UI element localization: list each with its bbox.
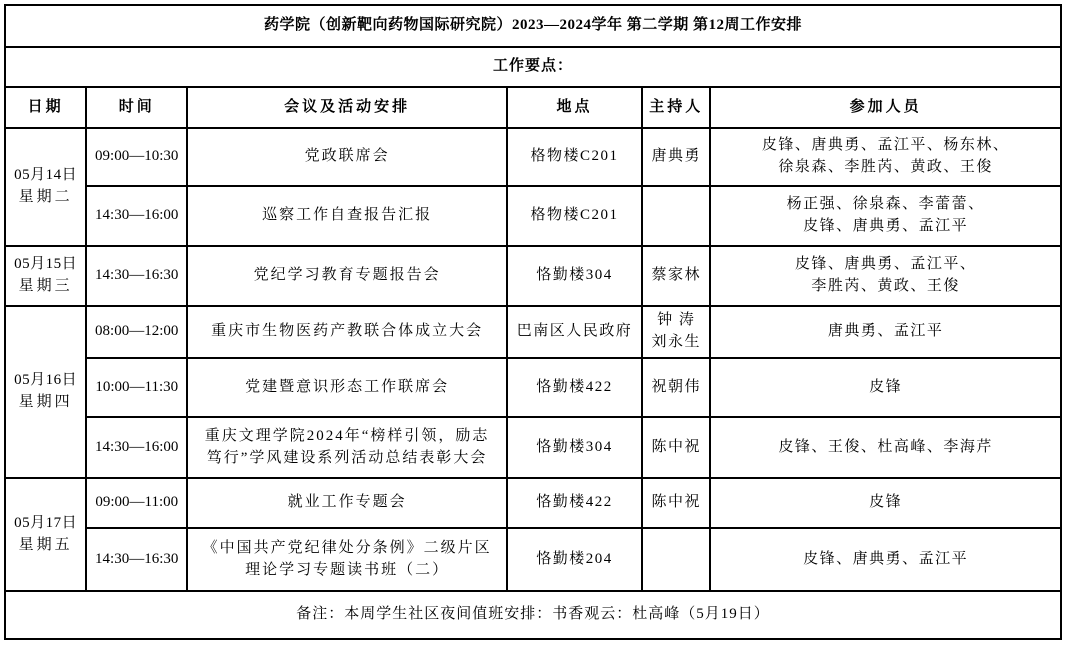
- time-cell: 09:00—10:30: [86, 128, 187, 186]
- host-cell: 陈中祝: [642, 417, 710, 478]
- activity-cell: 《中国共产党纪律处分条例》二级片区 理论学习专题读书班（二）: [187, 528, 507, 591]
- activity-cell: 重庆文理学院2024年“榜样引领，励志 笃行”学风建设系列活动总结表彰大会: [187, 417, 507, 478]
- participants-cell: 皮锋: [710, 478, 1061, 528]
- date-text: 05月17日: [10, 513, 81, 535]
- date-text: 05月14日: [10, 165, 81, 187]
- date-cell: 05月17日星期五: [5, 478, 86, 591]
- column-header-time: 时间: [86, 87, 187, 128]
- time-cell: 14:30—16:00: [86, 186, 187, 246]
- participants-cell: 皮锋、唐典勇、孟江平、杨东林、 徐泉森、李胜芮、黄政、王俊: [710, 128, 1061, 186]
- time-cell: 09:00—11:00: [86, 478, 187, 528]
- location-cell: 恪勤楼204: [507, 528, 642, 591]
- header-row: 日期 时间 会议及活动安排 地点 主持人 参加人员: [5, 87, 1061, 128]
- schedule-row: 14:30—16:30《中国共产党纪律处分条例》二级片区 理论学习专题读书班（二…: [5, 528, 1061, 591]
- activity-cell: 重庆市生物医药产教联合体成立大会: [187, 306, 507, 358]
- activity-cell: 党政联席会: [187, 128, 507, 186]
- weekday-text: 星期五: [10, 535, 81, 557]
- schedule-row: 14:30—16:00重庆文理学院2024年“榜样引领，励志 笃行”学风建设系列…: [5, 417, 1061, 478]
- host-cell: 钟 涛 刘永生: [642, 306, 710, 358]
- column-header-date: 日期: [5, 87, 86, 128]
- host-cell: 唐典勇: [642, 128, 710, 186]
- date-cell: 05月15日星期三: [5, 246, 86, 306]
- schedule-footer: 备注：本周学生社区夜间值班安排：书香观云：杜高峰（5月19日）: [5, 591, 1061, 639]
- schedule-row: 05月15日星期三14:30—16:30党纪学习教育专题报告会恪勤楼304蔡家林…: [5, 246, 1061, 306]
- time-cell: 14:30—16:00: [86, 417, 187, 478]
- participants-cell: 皮锋、唐典勇、孟江平: [710, 528, 1061, 591]
- schedule-row: 14:30—16:00巡察工作自查报告汇报格物楼C201杨正强、徐泉森、李蕾蕾、…: [5, 186, 1061, 246]
- date-text: 05月16日: [10, 370, 81, 392]
- location-cell: 恪勤楼304: [507, 417, 642, 478]
- weekday-text: 星期三: [10, 276, 81, 298]
- work-points-row: 工作要点：: [5, 47, 1061, 87]
- location-cell: 恪勤楼304: [507, 246, 642, 306]
- page-title: 药学院（创新靶向药物国际研究院）2023—2024学年 第二学期 第12周工作安…: [5, 5, 1061, 47]
- host-cell: [642, 528, 710, 591]
- date-cell: 05月16日星期四: [5, 306, 86, 478]
- host-cell: [642, 186, 710, 246]
- schedule-row: 05月17日星期五09:00—11:00就业工作专题会恪勤楼422陈中祝皮锋: [5, 478, 1061, 528]
- activity-cell: 就业工作专题会: [187, 478, 507, 528]
- participants-cell: 唐典勇、孟江平: [710, 306, 1061, 358]
- column-header-location: 地点: [507, 87, 642, 128]
- column-header-activity: 会议及活动安排: [187, 87, 507, 128]
- work-points-label: 工作要点：: [5, 47, 1061, 87]
- location-cell: 巴南区人民政府: [507, 306, 642, 358]
- date-cell: 05月14日星期二: [5, 128, 86, 246]
- schedule-row: 05月14日星期二09:00—10:30党政联席会格物楼C201唐典勇皮锋、唐典…: [5, 128, 1061, 186]
- host-cell: 陈中祝: [642, 478, 710, 528]
- time-cell: 14:30—16:30: [86, 246, 187, 306]
- location-cell: 恪勤楼422: [507, 358, 642, 417]
- weekday-text: 星期四: [10, 392, 81, 414]
- activity-cell: 巡察工作自查报告汇报: [187, 186, 507, 246]
- schedule-row: 10:00—11:30党建暨意识形态工作联席会恪勤楼422祝朝伟皮锋: [5, 358, 1061, 417]
- column-header-participants: 参加人员: [710, 87, 1061, 128]
- participants-cell: 皮锋、唐典勇、孟江平、 李胜芮、黄政、王俊: [710, 246, 1061, 306]
- host-cell: 蔡家林: [642, 246, 710, 306]
- column-header-host: 主持人: [642, 87, 710, 128]
- weekly-schedule-table: 药学院（创新靶向药物国际研究院）2023—2024学年 第二学期 第12周工作安…: [4, 4, 1062, 640]
- date-text: 05月15日: [10, 254, 81, 276]
- title-row: 药学院（创新靶向药物国际研究院）2023—2024学年 第二学期 第12周工作安…: [5, 5, 1061, 47]
- activity-cell: 党纪学习教育专题报告会: [187, 246, 507, 306]
- time-cell: 08:00—12:00: [86, 306, 187, 358]
- note-text: 备注：本周学生社区夜间值班安排：书香观云：杜高峰（5月19日）: [5, 591, 1061, 639]
- time-cell: 14:30—16:30: [86, 528, 187, 591]
- location-cell: 格物楼C201: [507, 186, 642, 246]
- note-row: 备注：本周学生社区夜间值班安排：书香观云：杜高峰（5月19日）: [5, 591, 1061, 639]
- schedule-row: 05月16日星期四08:00—12:00重庆市生物医药产教联合体成立大会巴南区人…: [5, 306, 1061, 358]
- participants-cell: 杨正强、徐泉森、李蕾蕾、 皮锋、唐典勇、孟江平: [710, 186, 1061, 246]
- weekday-text: 星期二: [10, 187, 81, 209]
- location-cell: 格物楼C201: [507, 128, 642, 186]
- document-page: 药学院（创新靶向药物国际研究院）2023—2024学年 第二学期 第12周工作安…: [0, 0, 1066, 666]
- location-cell: 恪勤楼422: [507, 478, 642, 528]
- host-cell: 祝朝伟: [642, 358, 710, 417]
- activity-cell: 党建暨意识形态工作联席会: [187, 358, 507, 417]
- participants-cell: 皮锋: [710, 358, 1061, 417]
- time-cell: 10:00—11:30: [86, 358, 187, 417]
- participants-cell: 皮锋、王俊、杜高峰、李海芹: [710, 417, 1061, 478]
